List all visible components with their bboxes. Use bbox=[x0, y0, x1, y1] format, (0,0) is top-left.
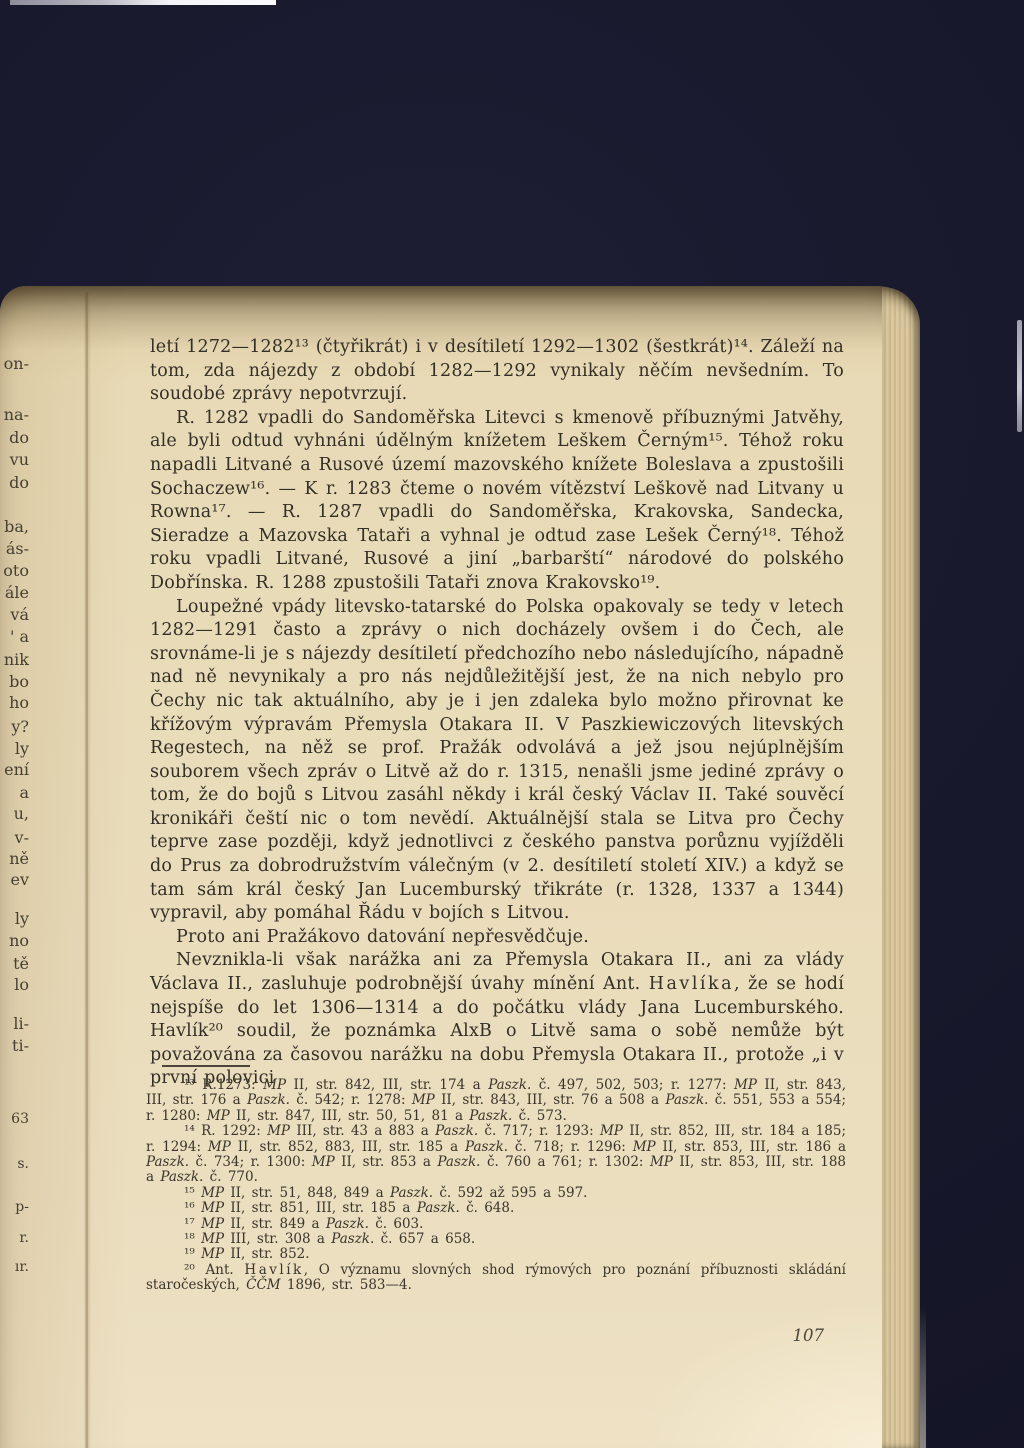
footnote: ¹⁷ MP II, str. 849 a Paszk. č. 603. bbox=[146, 1217, 846, 1232]
scanner-edge-strip bbox=[10, 0, 276, 5]
page-bottom-highlight bbox=[626, 1298, 926, 1448]
footnote: ¹⁸ MP III, str. 308 a Paszk. č. 657 a 65… bbox=[146, 1232, 846, 1247]
footnotes: ¹³ R.1273: MP II, str. 842, III, str. 17… bbox=[146, 1078, 846, 1294]
footnote: ¹³ R.1273: MP II, str. 842, III, str. 17… bbox=[146, 1078, 846, 1124]
paragraph: Proto ani Pražákovo datování nepřesvědču… bbox=[150, 926, 844, 950]
body-text: letí 1272—1282¹³ (čtyřikrát) i v desítil… bbox=[150, 336, 844, 1091]
book-scan: letí 1272—1282¹³ (čtyřikrát) i v desítil… bbox=[0, 0, 1024, 1448]
footnote: ¹⁶ MP II, str. 851, III, str. 185 a Pasz… bbox=[146, 1201, 846, 1216]
footnote: ¹⁹ MP II, str. 852. bbox=[146, 1247, 846, 1262]
paragraph: R. 1282 vpadli do Sandoměřska Litevci s … bbox=[150, 407, 844, 596]
footnote: ¹⁴ R. 1292: MP III, str. 43 a 883 a Pasz… bbox=[146, 1124, 846, 1186]
paragraph: Nevznikla-li však narážka ani za Přemysl… bbox=[150, 949, 844, 1091]
page-gutter-crease bbox=[84, 292, 91, 1448]
footnote: ²⁰ Ant. Havlík, O významu slovných shod … bbox=[146, 1263, 846, 1294]
page-edge-stack bbox=[882, 287, 920, 1448]
footnote-separator-rule bbox=[162, 1065, 250, 1067]
book-page: letí 1272—1282¹³ (čtyřikrát) i v desítil… bbox=[0, 286, 920, 1448]
paragraph: letí 1272—1282¹³ (čtyřikrát) i v desítil… bbox=[150, 336, 844, 407]
footnote: ¹⁵ MP II, str. 51, 848, 849 a Paszk. č. … bbox=[146, 1186, 846, 1201]
scan-edge-sliver bbox=[1017, 320, 1022, 432]
paragraph: Loupežné vpády litevsko-tatarské do Pols… bbox=[150, 596, 844, 926]
